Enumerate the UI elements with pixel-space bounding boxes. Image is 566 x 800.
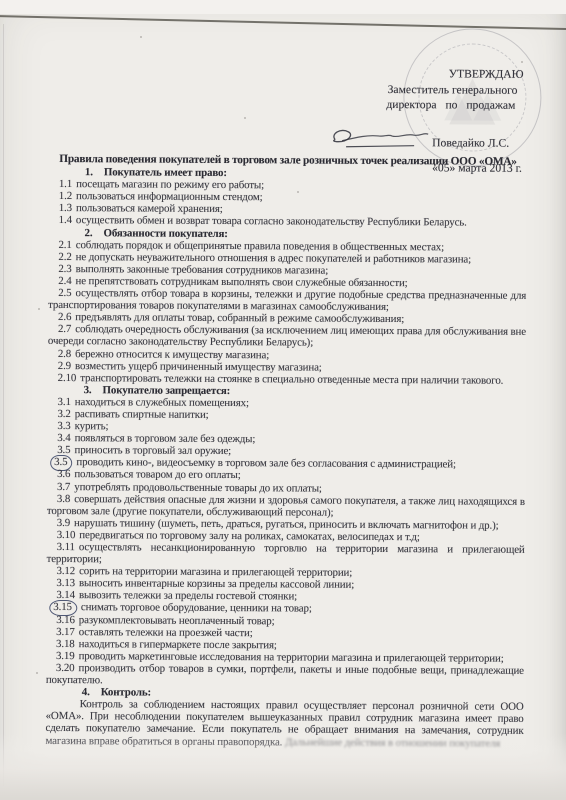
item-text: находиться в гипермаркете после закрытия… — [79, 638, 277, 651]
item-text: посещать магазин по режиму его работы; — [76, 178, 264, 191]
item-number: 2.3 — [58, 263, 71, 275]
paper-speck — [140, 36, 142, 38]
signature-icon — [328, 124, 430, 151]
rule-item: 2.7соблюдать очередность обслуживания (з… — [48, 323, 526, 350]
item-number: 1.1 — [59, 178, 72, 190]
approval-word: УТВЕРЖДАЮ — [329, 66, 524, 83]
item-number: 3.17 — [56, 626, 75, 638]
paper-speck — [36, 672, 38, 674]
item-text: производить отбор товаров в сумки, портф… — [46, 662, 524, 686]
item-number: 2.8 — [58, 347, 71, 359]
item-number: 3.2 — [57, 408, 70, 420]
item-number: 3.10 — [57, 529, 76, 541]
item-number: 1.3 — [59, 202, 72, 214]
item-number: 3.12 — [56, 565, 75, 577]
section-number: 2. — [85, 227, 93, 239]
item-text: бережно относится к имуществу магазина; — [75, 348, 269, 361]
item-text: соблюдать очередность обслуживания (за и… — [48, 323, 526, 349]
item-number: 2.10 — [58, 372, 77, 384]
item-text: находиться в служебных помещениях; — [75, 396, 249, 409]
rule-item: 3.8совершать действия опасные для жизни … — [47, 493, 525, 520]
rule-item: 3.20производить отбор товаров в сумки, п… — [46, 662, 524, 689]
paper-speck — [521, 61, 523, 63]
item-number: 3.11 — [57, 541, 75, 553]
section-label: Покупателю запрещается: — [103, 384, 231, 397]
section-label: Обязанности покупателя: — [103, 227, 227, 240]
section-label: Покупатель имеет право: — [104, 166, 227, 179]
item-text: осуществлять несанкционированную торговл… — [47, 541, 525, 565]
item-number: 1.2 — [59, 190, 72, 202]
item-number: 2.6 — [58, 311, 71, 323]
control-blurred-tail: Дальнейшие действия в отношении покупате… — [285, 736, 500, 749]
control-paragraph: Контроль за соблюдением настоящих правил… — [45, 698, 523, 749]
approver-title-line2: директора по продажам — [328, 97, 515, 114]
rule-item: 3.11осуществлять несанкционированную тор… — [47, 541, 525, 568]
section-number: 3. — [84, 384, 92, 396]
paper-speck — [297, 191, 299, 193]
item-text: распивать спиртные напитки; — [75, 408, 209, 421]
item-number: 3.3 — [57, 420, 70, 432]
item-number: 2.4 — [58, 275, 71, 287]
item-number: 3.1 — [58, 396, 71, 408]
paper-sheet: УТВЕРЖДАЮ Заместитель генерального дирек… — [0, 0, 566, 800]
section-label: Контроль: — [101, 686, 151, 698]
section-number: 4. — [82, 686, 90, 698]
item-number: 3.19 — [56, 650, 75, 662]
section-2-items: 2.1соблюдать порядок и общепринятые прав… — [48, 239, 527, 387]
item-text: оставлять тележки на проезжей части; — [79, 626, 253, 639]
paper-speck — [244, 117, 246, 119]
item-number: 3.13 — [56, 577, 75, 589]
item-text: пользоваться камерой хранения; — [76, 202, 223, 215]
scanned-document-page: УТВЕРЖДАЮ Заместитель генерального дирек… — [0, 0, 566, 800]
item-number: 3.16 — [56, 614, 75, 626]
item-number: 3.8 — [57, 493, 70, 505]
document-body: Правила поведения покупателей в торговом… — [0, 153, 565, 750]
item-number: 2.1 — [58, 239, 71, 251]
signer-name: Поведайко Л.С. — [432, 135, 509, 151]
item-text: появляться в торговом зале без одежды; — [75, 432, 256, 445]
item-number: 2.2 — [58, 251, 71, 263]
item-text: пользоваться информационным стендом; — [76, 190, 263, 203]
item-number: 2.5 — [58, 287, 71, 299]
item-number: 2.7 — [58, 323, 71, 335]
section-3-items: 3.1находиться в служебных помещениях;3.2… — [46, 396, 526, 689]
item-number: 1.4 — [59, 214, 72, 226]
item-text: пользоваться товаром до его оплаты; — [74, 469, 240, 482]
item-text: осуществлять отбор товара в корзины, тел… — [48, 287, 526, 313]
signature-row: Поведайко Л.С. — [328, 124, 509, 151]
item-text: курить; — [75, 420, 109, 432]
section-1-items: 1.1посещать магазин по режиму его работы… — [49, 178, 527, 229]
paper-speck — [38, 308, 40, 310]
item-number: 3.4 — [57, 432, 70, 444]
item-number: 3.20 — [56, 662, 75, 674]
item-number: 3.9 — [57, 517, 70, 529]
item-text: разукомплектовывать неоплаченный товар; — [79, 614, 275, 627]
section-number: 1. — [85, 166, 93, 178]
approver-title-line1: Заместитель генерального — [328, 81, 517, 98]
item-number: 3.6 — [57, 468, 70, 480]
rule-item: 2.5осуществлять отбор товара в корзины, … — [48, 287, 526, 314]
item-number: 3.7 — [57, 481, 70, 493]
item-text: совершать действия опасные для жизни и з… — [47, 493, 525, 519]
item-number: 2.9 — [58, 360, 71, 372]
item-number: 3.18 — [56, 638, 75, 650]
